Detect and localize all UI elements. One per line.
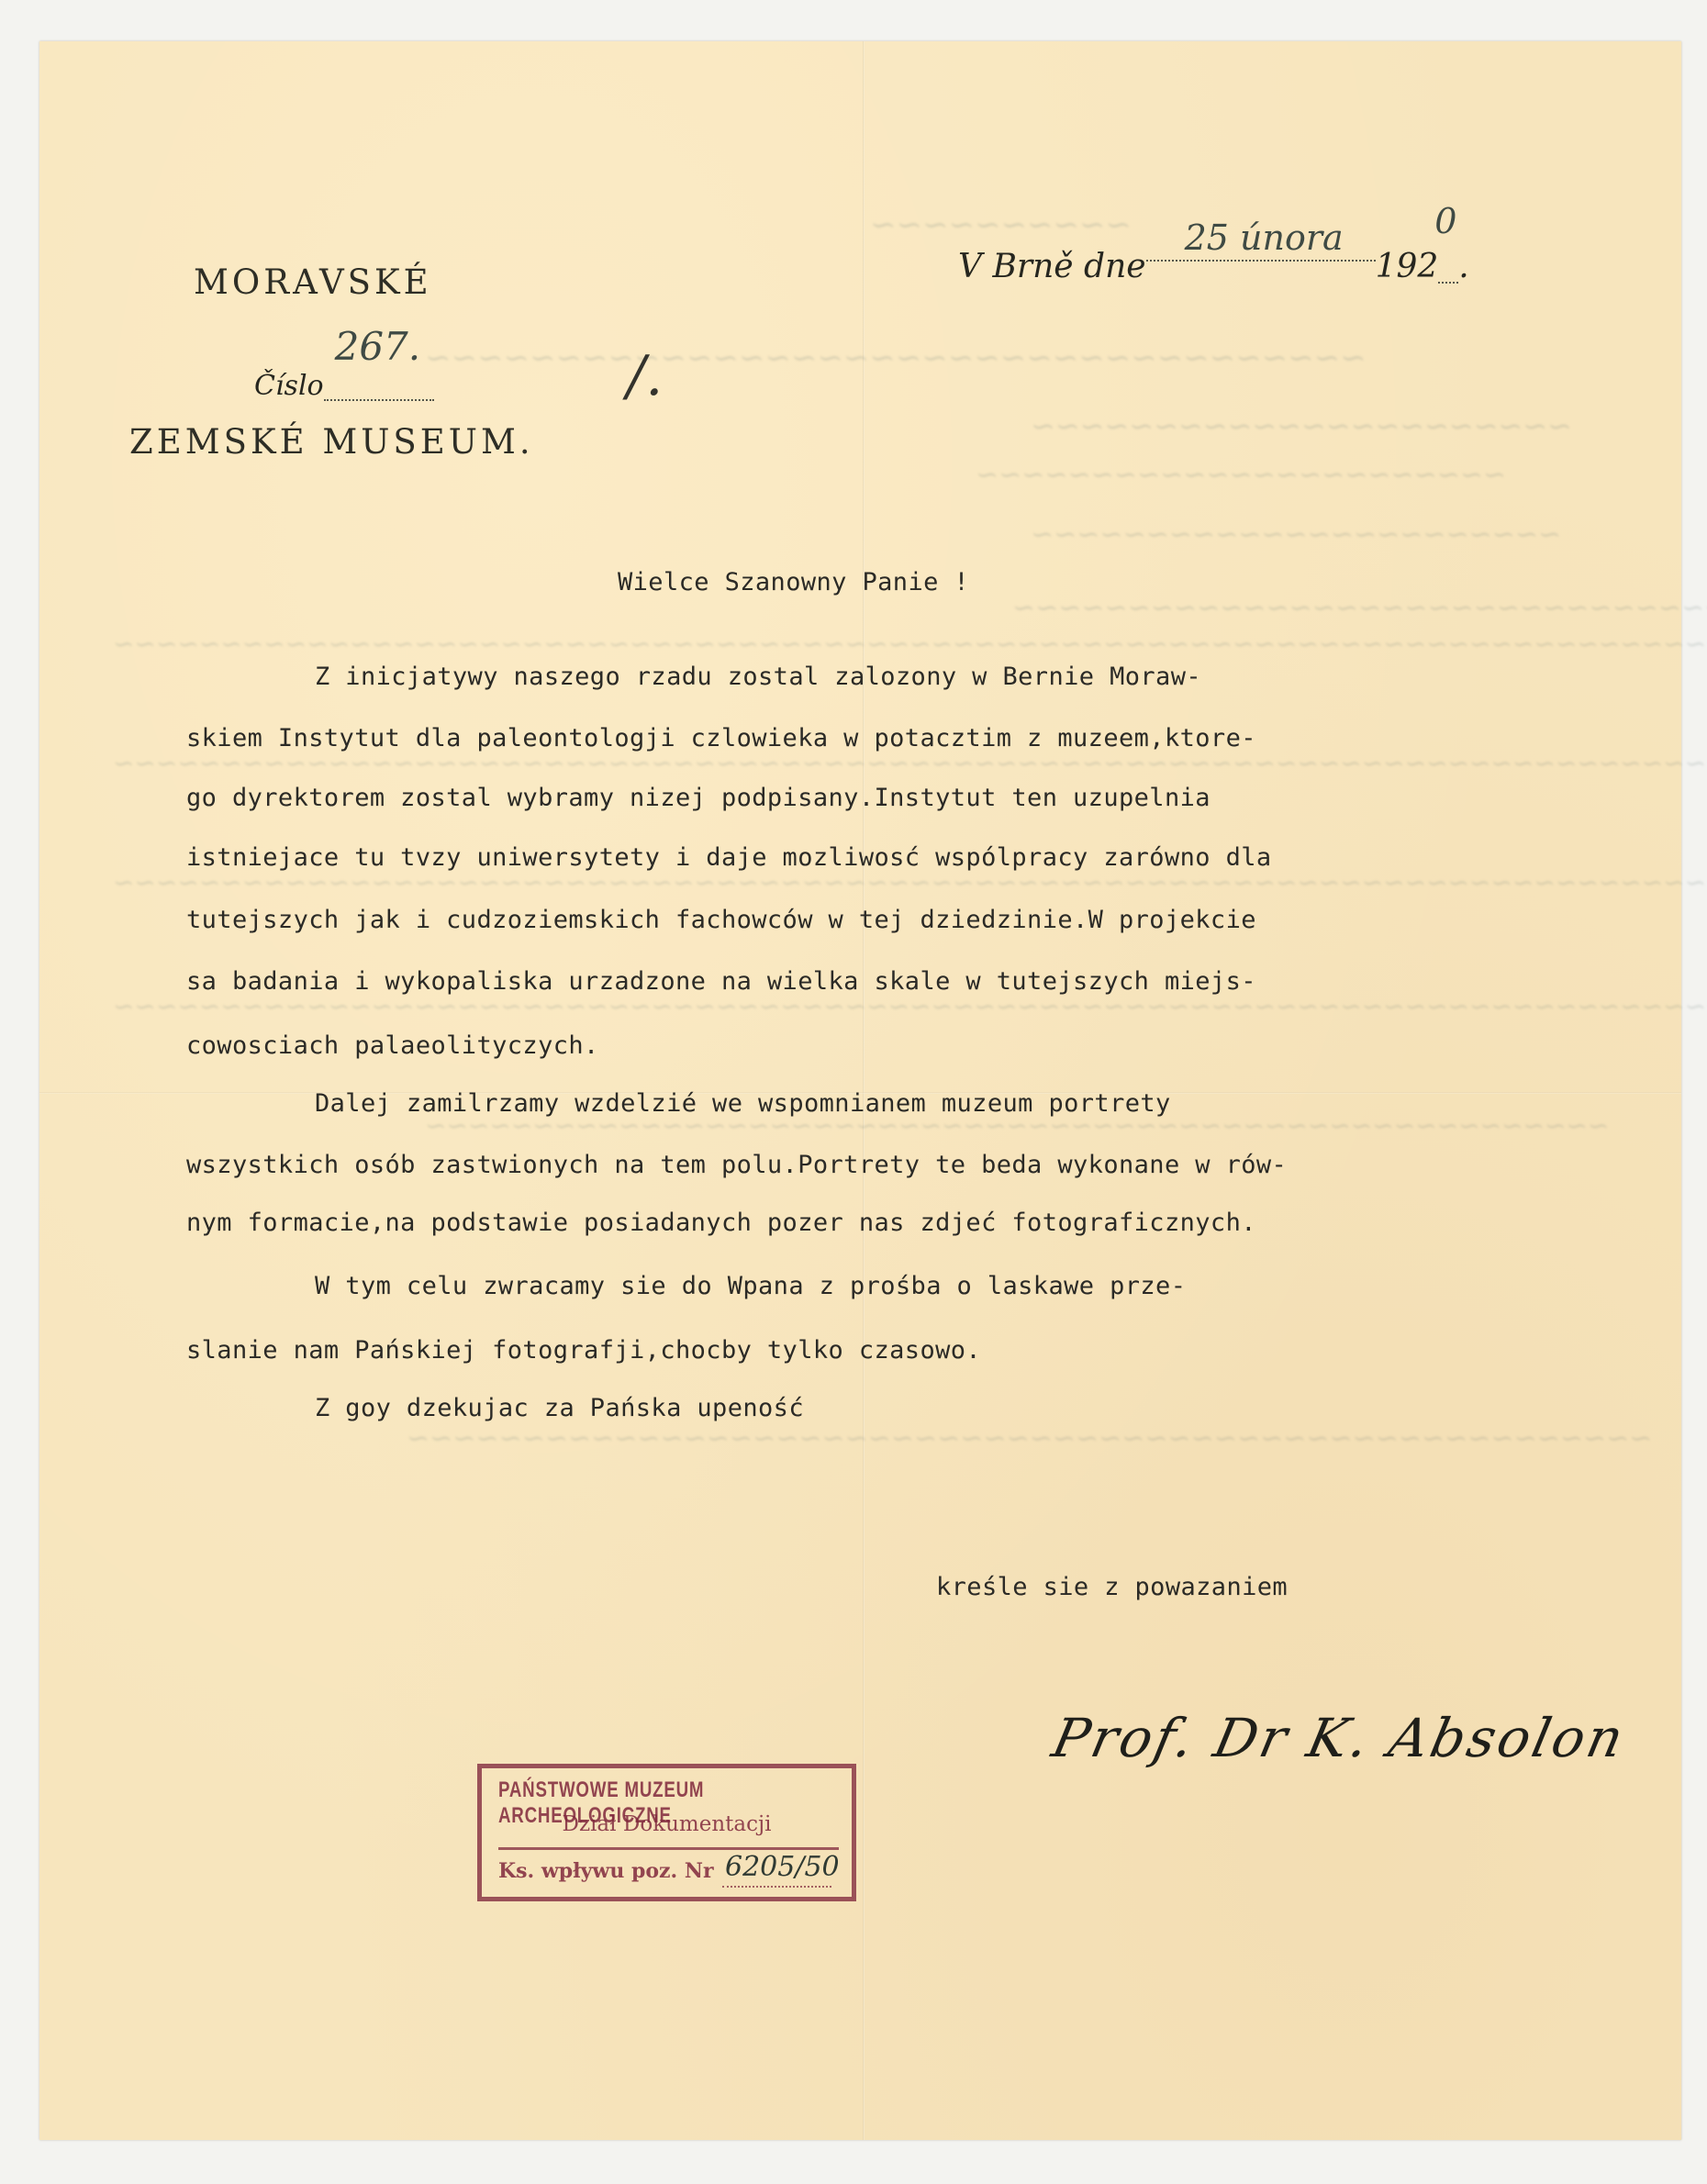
date-day-month: 25 února <box>1185 217 1344 258</box>
reference-number: Číslo 267. <box>240 333 434 418</box>
signature: Prof. Dr K. Absolon <box>1047 1707 1632 1769</box>
body-line: Dalej zamilrzamy wzdelzié we wspomnianem… <box>315 1090 1171 1118</box>
year-printed: 192 <box>1376 248 1439 285</box>
date-field: 25 února <box>1146 232 1376 262</box>
body-line: Z goy dzekujac za Pańska upeność <box>315 1395 804 1422</box>
body-line: W tym celu zwracamy sie do Wpana z prośb… <box>315 1273 1186 1300</box>
stamp-number-field <box>722 1886 831 1888</box>
body-line: tutejszych jak i cudzoziemskich fachowcó… <box>186 907 1256 934</box>
salutation: Wielce Szanowny Panie ! <box>618 569 969 596</box>
letter-page: ~~~~~~~~~~ ~~~~~~~~~~~~~~~~~~~~~~~~~~~~~… <box>39 41 1681 2140</box>
reference-label: Číslo <box>254 370 324 402</box>
bleed-through-handwriting: ~~~~~~~~~~~~~~~~~~~~~~~~~~~~~~~~ <box>1012 592 1707 624</box>
reference-value: 267. <box>335 324 421 369</box>
margin-mark: /. <box>627 344 663 408</box>
year-period: . <box>1458 248 1468 285</box>
bleed-through-handwriting: ~~~~~~~~~~~~~~~~~~~~~~~~~~~~~~~~~~~~~~~~… <box>113 629 1707 659</box>
body-line: cowosciach palaeolityczych. <box>186 1032 599 1060</box>
letterhead-line-1: MORAVSKÉ <box>129 256 534 309</box>
year-handwritten: 0 <box>1434 201 1456 241</box>
body-line: wszystkich osób zastwionych na tem polu.… <box>186 1152 1287 1179</box>
body-line: istniejace tu tvzy uniwersytety i daje m… <box>186 844 1272 872</box>
letterhead-line-2: ZEMSKÉ MUSEUM. <box>129 416 534 469</box>
body-line: slanie nam Pańskiej fotografji,chocby ty… <box>186 1337 981 1365</box>
year-field: 0 <box>1438 232 1458 284</box>
bleed-through-handwriting: ~~~~~~~~~~~~~~~~~~~~~~~ <box>976 459 1506 491</box>
bleed-through-handwriting: ~~~~~~~~~~~~~~~~~~~~~~~~~~~~~~~~~~~~ <box>425 340 1367 376</box>
body-line: nym formacie,na podstawie posiadanych po… <box>186 1209 1256 1237</box>
body-line: Z inicjatywy naszego rzadu zostal zalozo… <box>315 663 1201 691</box>
bleed-through-handwriting: ~~~~~~~~~~~~~~~~~~~~~~~~~~~~~~~~~~~~~~~~… <box>407 1422 1652 1454</box>
stamp-divider <box>498 1847 839 1850</box>
stamp-department: Dział Dokumentacji <box>482 1812 852 1836</box>
body-line: skiem Instytut dla paleontologji czlowie… <box>186 725 1256 752</box>
dateline: V Brně dne 25 února 192 0 . <box>943 216 1469 302</box>
reference-field: 267. <box>324 350 434 401</box>
stamp-entry-label: Ks. wpływu poz. Nr <box>498 1859 714 1883</box>
dateline-prefix: V Brně dne <box>958 248 1146 285</box>
stamp-entry-number: 6205/50 <box>725 1851 840 1883</box>
archive-stamp: PAŃSTWOWE MUZEUM ARCHEOLOGICZNE Dział Do… <box>477 1764 856 1901</box>
body-line: go dyrektorem zostal wybramy nizej podpi… <box>186 785 1211 812</box>
body-line: sa badania i wykopaliska urzadzone na wi… <box>186 968 1256 996</box>
closing: kreśle sie z powazaniem <box>936 1574 1288 1601</box>
bleed-through-handwriting: ~~~~~~~~~~~~~~~~~~~~~~~ <box>1031 518 1561 551</box>
bleed-through-handwriting: ~~~~~~~~~~~~~~~~~~~~~~ <box>1031 408 1572 443</box>
